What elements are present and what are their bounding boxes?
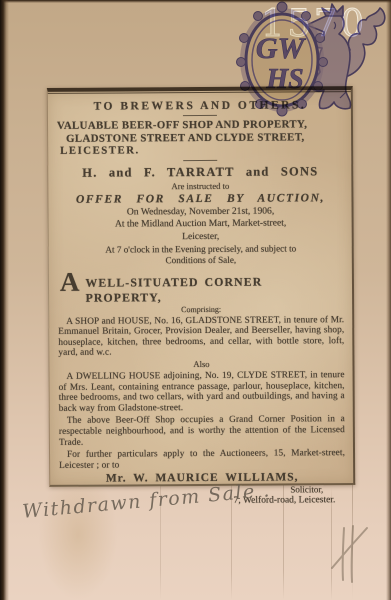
clipping-body: TO BREWERS AND OTHERS. VALUABLE BEER-OFF… (48, 90, 354, 511)
auctioneer-name: H. and F. TARRATT and SONS (57, 164, 343, 181)
gwhs-watermark: GW HS (230, 0, 391, 120)
divider-rule (183, 115, 217, 116)
also-line: Also (58, 358, 344, 370)
time-line-1: At 7 o'clock in the Evening precisely, a… (105, 243, 296, 254)
auction-time: At 7 o'clock in the Evening precisely, a… (58, 243, 344, 266)
offer-for-sale-line: OFFER FOR SALE BY AUCTION, (57, 192, 343, 206)
binding-edge (0, 0, 9, 600)
monogram-gw: GW (256, 32, 307, 65)
newspaper-clipping: TO BREWERS AND OTHERS. VALUABLE BEER-OFF… (47, 86, 355, 487)
auction-venue: At the Midland Auction Mart, Market-stre… (58, 217, 344, 230)
auction-venue-city: Leicester, (58, 230, 344, 243)
auction-date: On Wednesday, November 21st, 1906, (58, 205, 344, 218)
property-heading-row: A WELL-SITUATED CORNER PROPERTY, (58, 269, 344, 306)
pencil-initials-mark (328, 520, 370, 586)
solicitor-name: Mr. W. MAURICE WILLIAMS, (59, 471, 345, 485)
divider-rule (183, 159, 217, 160)
property-title: VALUABLE BEER-OFF SHOP AND PROPERTY, GLA… (57, 118, 343, 157)
property-heading: WELL-SITUATED CORNER PROPERTY, (85, 269, 344, 306)
comprising-line: Comprising: (58, 304, 344, 315)
title-line-2: GLADSTONE STREET AND CLYDE STREET, (57, 131, 343, 145)
title-line-3: LEICESTER. (57, 143, 343, 157)
dropcap-A: A (58, 270, 86, 292)
lot2-description: A DWELLING HOUSE adjoining, No. 19, CLYD… (59, 370, 345, 414)
monogram-hs: HS (265, 64, 303, 95)
remarks-paragraph: The above Beer-Off Shop occupies a Grand… (59, 414, 345, 448)
lot1-description: A SHOP and HOUSE, No. 16, GLADSTONE STRE… (58, 315, 344, 359)
instructed-line: Are instructed to (57, 180, 343, 192)
time-line-2: Conditions of Sale, (165, 255, 236, 265)
particulars-paragraph: For further particulars apply to the Auc… (59, 448, 345, 471)
album-page: 1570 TO BREWERS AND OTHERS. VALUABLE BEE… (0, 0, 391, 600)
title-line-1: VALUABLE BEER-OFF SHOP AND PROPERTY, (57, 118, 307, 132)
